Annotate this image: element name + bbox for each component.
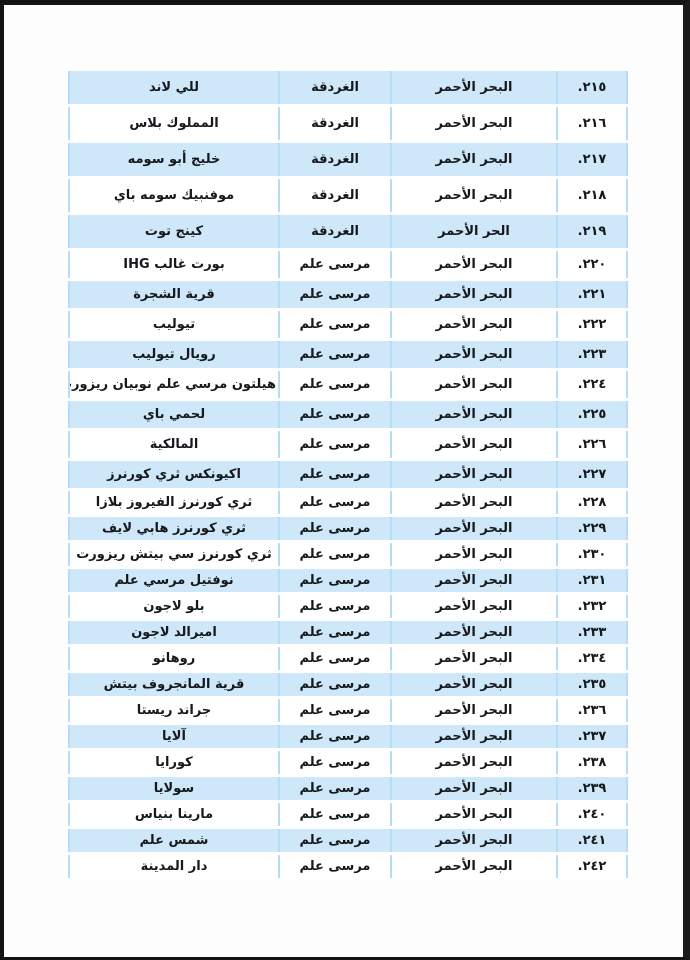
region-cell: مرسى علم [279, 854, 391, 880]
hotel-name-cell: مارينا بنياس [69, 802, 279, 828]
region-cell: مرسى علم [279, 802, 391, 828]
table-row: ٢٤٠. البحر الأحمر مرسى علم مارينا بنياس [69, 802, 627, 828]
table-row: ٢٣٥. البحر الأحمر مرسى علم قرية المانجرو… [69, 672, 627, 698]
region-cell: الغردقة [279, 142, 391, 178]
region-cell: مرسى علم [279, 828, 391, 854]
sea-cell: البحر الأحمر [391, 672, 557, 698]
row-number-cell: ٢١٨. [557, 178, 627, 214]
row-number-cell: ٢٤٠. [557, 802, 627, 828]
row-number-cell: ٢٢٨. [557, 490, 627, 516]
sea-cell: البحر الأحمر [391, 310, 557, 340]
row-number-cell: ٢٢٤. [557, 370, 627, 400]
hotel-name-cell: تيوليب [69, 310, 279, 340]
table-row: ٢٤٢. البحر الأحمر مرسى علم دار المدينة [69, 854, 627, 880]
row-number-cell: ٢٣٠. [557, 542, 627, 568]
row-number-cell: ٢٣٣. [557, 620, 627, 646]
row-number-cell: ٢١٧. [557, 142, 627, 178]
region-cell: مرسى علم [279, 724, 391, 750]
sea-cell: البحر الأحمر [391, 698, 557, 724]
region-cell: مرسى علم [279, 594, 391, 620]
table-row: ٢١٧. البحر الأحمر الغردقة خليج أبو سومه [69, 142, 627, 178]
row-number-cell: ٢٢٠. [557, 250, 627, 280]
hotel-name-cell: دار المدينة [69, 854, 279, 880]
row-number-cell: ٢٢٦. [557, 430, 627, 460]
region-cell: مرسى علم [279, 620, 391, 646]
region-cell: الغردقة [279, 214, 391, 250]
region-cell: مرسى علم [279, 750, 391, 776]
row-number-cell: ٢١٩. [557, 214, 627, 250]
table-row: ٢٣٩. البحر الأحمر مرسى علم سولايا [69, 776, 627, 802]
hotel-name-cell: نوفتيل مرسي علم [69, 568, 279, 594]
table-row: ٢٣٧. البحر الأحمر مرسى علم آلايا [69, 724, 627, 750]
sea-cell: البحر الأحمر [391, 802, 557, 828]
row-number-cell: ٢٢٥. [557, 400, 627, 430]
region-cell: الغردقة [279, 178, 391, 214]
sea-cell: البحر الأحمر [391, 542, 557, 568]
sea-cell: البحر الأحمر [391, 724, 557, 750]
region-cell: مرسى علم [279, 516, 391, 542]
sea-cell: البحر الأحمر [391, 106, 557, 142]
hotel-name-cell: سولايا [69, 776, 279, 802]
sea-cell: البحر الأحمر [391, 490, 557, 516]
table-row: ٢٣٤. البحر الأحمر مرسى علم روهانو [69, 646, 627, 672]
hotel-name-cell: موفنبيك سومه باي [69, 178, 279, 214]
row-number-cell: ٢٣٩. [557, 776, 627, 802]
row-number-cell: ٢٣٧. [557, 724, 627, 750]
region-cell: مرسى علم [279, 340, 391, 370]
row-number-cell: ٢٢١. [557, 280, 627, 310]
table-row: ٢٣٠. البحر الأحمر مرسى علم ثري كورنرز سي… [69, 542, 627, 568]
table-row: ٢٢٨. البحر الأحمر مرسى علم ثري كورنرز ال… [69, 490, 627, 516]
table-row: ٢٣٦. البحر الأحمر مرسى علم جراند ريستا [69, 698, 627, 724]
sea-cell: البحر الأحمر [391, 430, 557, 460]
row-number-cell: ٢٣٥. [557, 672, 627, 698]
hotel-name-cell: جراند ريستا [69, 698, 279, 724]
hotel-name-cell: اكيونكس ثري كورنرز [69, 460, 279, 490]
region-cell: مرسى علم [279, 250, 391, 280]
table-row: ٢٢٣. البحر الأحمر مرسى علم رويال تيوليب [69, 340, 627, 370]
region-cell: مرسى علم [279, 490, 391, 516]
row-number-cell: ٢٣١. [557, 568, 627, 594]
table-row: ٢٢٥. البحر الأحمر مرسى علم لحمي باي [69, 400, 627, 430]
sea-cell: البحر الأحمر [391, 400, 557, 430]
row-number-cell: ٢٢٣. [557, 340, 627, 370]
hotel-name-cell: كورايا [69, 750, 279, 776]
region-cell: مرسى علم [279, 568, 391, 594]
region-cell: مرسى علم [279, 310, 391, 340]
hotel-name-cell: آلايا [69, 724, 279, 750]
hotel-name-cell: بلو لاجون [69, 594, 279, 620]
row-number-cell: ٢٤١. [557, 828, 627, 854]
table-row: ٢٣٣. البحر الأحمر مرسى علم اميرالد لاجون [69, 620, 627, 646]
hotel-name-cell: ثري كورنرز هابي لايف [69, 516, 279, 542]
region-cell: مرسى علم [279, 430, 391, 460]
sea-cell: البحر الأحمر [391, 828, 557, 854]
table-row: ٢٢٤. البحر الأحمر مرسى علم هيلتون مرسي ع… [69, 370, 627, 400]
table-row: ٢١٨. البحر الأحمر الغردقة موفنبيك سومه ب… [69, 178, 627, 214]
hotel-name-cell: ثري كورنرز سي بيتش ريزورت [69, 542, 279, 568]
row-number-cell: ٢٤٢. [557, 854, 627, 880]
sea-cell: البحر الأحمر [391, 568, 557, 594]
region-cell: الغردقة [279, 70, 391, 106]
row-number-cell: ٢١٦. [557, 106, 627, 142]
hotel-name-cell: شمس علم [69, 828, 279, 854]
sea-cell: البحر الأحمر [391, 620, 557, 646]
scanned-page-frame: ٢١٥. البحر الأحمر الغردقة للي لاند ٢١٦. … [0, 0, 690, 960]
sea-cell: البحر الأحمر [391, 854, 557, 880]
table-row: ٢٢٢. البحر الأحمر مرسى علم تيوليب [69, 310, 627, 340]
table-row: ٢٢٧. البحر الأحمر مرسى علم اكيونكس ثري ك… [69, 460, 627, 490]
row-number-cell: ٢٢٧. [557, 460, 627, 490]
sea-cell: البحر الأحمر [391, 776, 557, 802]
sea-cell: البحر الأحمر [391, 70, 557, 106]
hotel-name-cell: روهانو [69, 646, 279, 672]
sea-cell: البحر الأحمر [391, 460, 557, 490]
sea-cell: البحر الأحمر [391, 594, 557, 620]
hotel-name-cell: بورت غالب IHG [69, 250, 279, 280]
sea-cell: البحر الأحمر [391, 280, 557, 310]
hotel-name-cell: المالكية [69, 430, 279, 460]
region-cell: مرسى علم [279, 776, 391, 802]
row-number-cell: ٢٣٢. [557, 594, 627, 620]
table-row: ٢١٥. البحر الأحمر الغردقة للي لاند [69, 70, 627, 106]
document-page: ٢١٥. البحر الأحمر الغردقة للي لاند ٢١٦. … [4, 5, 683, 957]
row-number-cell: ٢١٥. [557, 70, 627, 106]
sea-cell: البحر الأحمر [391, 340, 557, 370]
hotel-name-cell: هيلتون مرسي علم نوبيان ريزورت [69, 370, 279, 400]
row-number-cell: ٢٢٩. [557, 516, 627, 542]
region-cell: مرسى علم [279, 460, 391, 490]
table-row: ٢١٩. الحر الأحمر الغردقة كينج توت [69, 214, 627, 250]
table-row: ٢٢٦. البحر الأحمر مرسى علم المالكية [69, 430, 627, 460]
table-row: ٢٣١. البحر الأحمر مرسى علم نوفتيل مرسي ع… [69, 568, 627, 594]
region-cell: مرسى علم [279, 280, 391, 310]
region-cell: الغردقة [279, 106, 391, 142]
sea-cell: البحر الأحمر [391, 646, 557, 672]
hotel-name-cell: ثري كورنرز الفيروز بلازا [69, 490, 279, 516]
hotel-name-cell: خليج أبو سومه [69, 142, 279, 178]
table-row: ٢٣٢. البحر الأحمر مرسى علم بلو لاجون [69, 594, 627, 620]
hotel-name-cell: اميرالد لاجون [69, 620, 279, 646]
hotels-table: ٢١٥. البحر الأحمر الغردقة للي لاند ٢١٦. … [68, 68, 628, 881]
region-cell: مرسى علم [279, 698, 391, 724]
table-row: ٢٢٠. البحر الأحمر مرسى علم بورت غالب IHG [69, 250, 627, 280]
table-row: ٢٢١. البحر الأحمر مرسى علم قرية الشجرة [69, 280, 627, 310]
table-row: ٢٢٩. البحر الأحمر مرسى علم ثري كورنرز ها… [69, 516, 627, 542]
hotel-name-cell: قرية الشجرة [69, 280, 279, 310]
table-row: ٢٤١. البحر الأحمر مرسى علم شمس علم [69, 828, 627, 854]
sea-cell: البحر الأحمر [391, 142, 557, 178]
row-number-cell: ٢٣٦. [557, 698, 627, 724]
hotel-name-cell: لحمي باي [69, 400, 279, 430]
sea-cell: الحر الأحمر [391, 214, 557, 250]
table-row: ٢١٦. البحر الأحمر الغردقة المملوك بلاس [69, 106, 627, 142]
row-number-cell: ٢٣٨. [557, 750, 627, 776]
hotel-name-cell: رويال تيوليب [69, 340, 279, 370]
region-cell: مرسى علم [279, 370, 391, 400]
sea-cell: البحر الأحمر [391, 516, 557, 542]
hotel-table-body: ٢١٥. البحر الأحمر الغردقة للي لاند ٢١٦. … [69, 70, 627, 880]
row-number-cell: ٢٣٤. [557, 646, 627, 672]
hotel-name-cell: المملوك بلاس [69, 106, 279, 142]
sea-cell: البحر الأحمر [391, 250, 557, 280]
sea-cell: البحر الأحمر [391, 178, 557, 214]
hotel-name-cell: للي لاند [69, 70, 279, 106]
region-cell: مرسى علم [279, 542, 391, 568]
region-cell: مرسى علم [279, 400, 391, 430]
row-number-cell: ٢٢٢. [557, 310, 627, 340]
sea-cell: البحر الأحمر [391, 370, 557, 400]
region-cell: مرسى علم [279, 646, 391, 672]
hotel-name-cell: قرية المانجروف بيتش [69, 672, 279, 698]
sea-cell: البحر الأحمر [391, 750, 557, 776]
region-cell: مرسى علم [279, 672, 391, 698]
table-row: ٢٣٨. البحر الأحمر مرسى علم كورايا [69, 750, 627, 776]
hotel-name-cell: كينج توت [69, 214, 279, 250]
